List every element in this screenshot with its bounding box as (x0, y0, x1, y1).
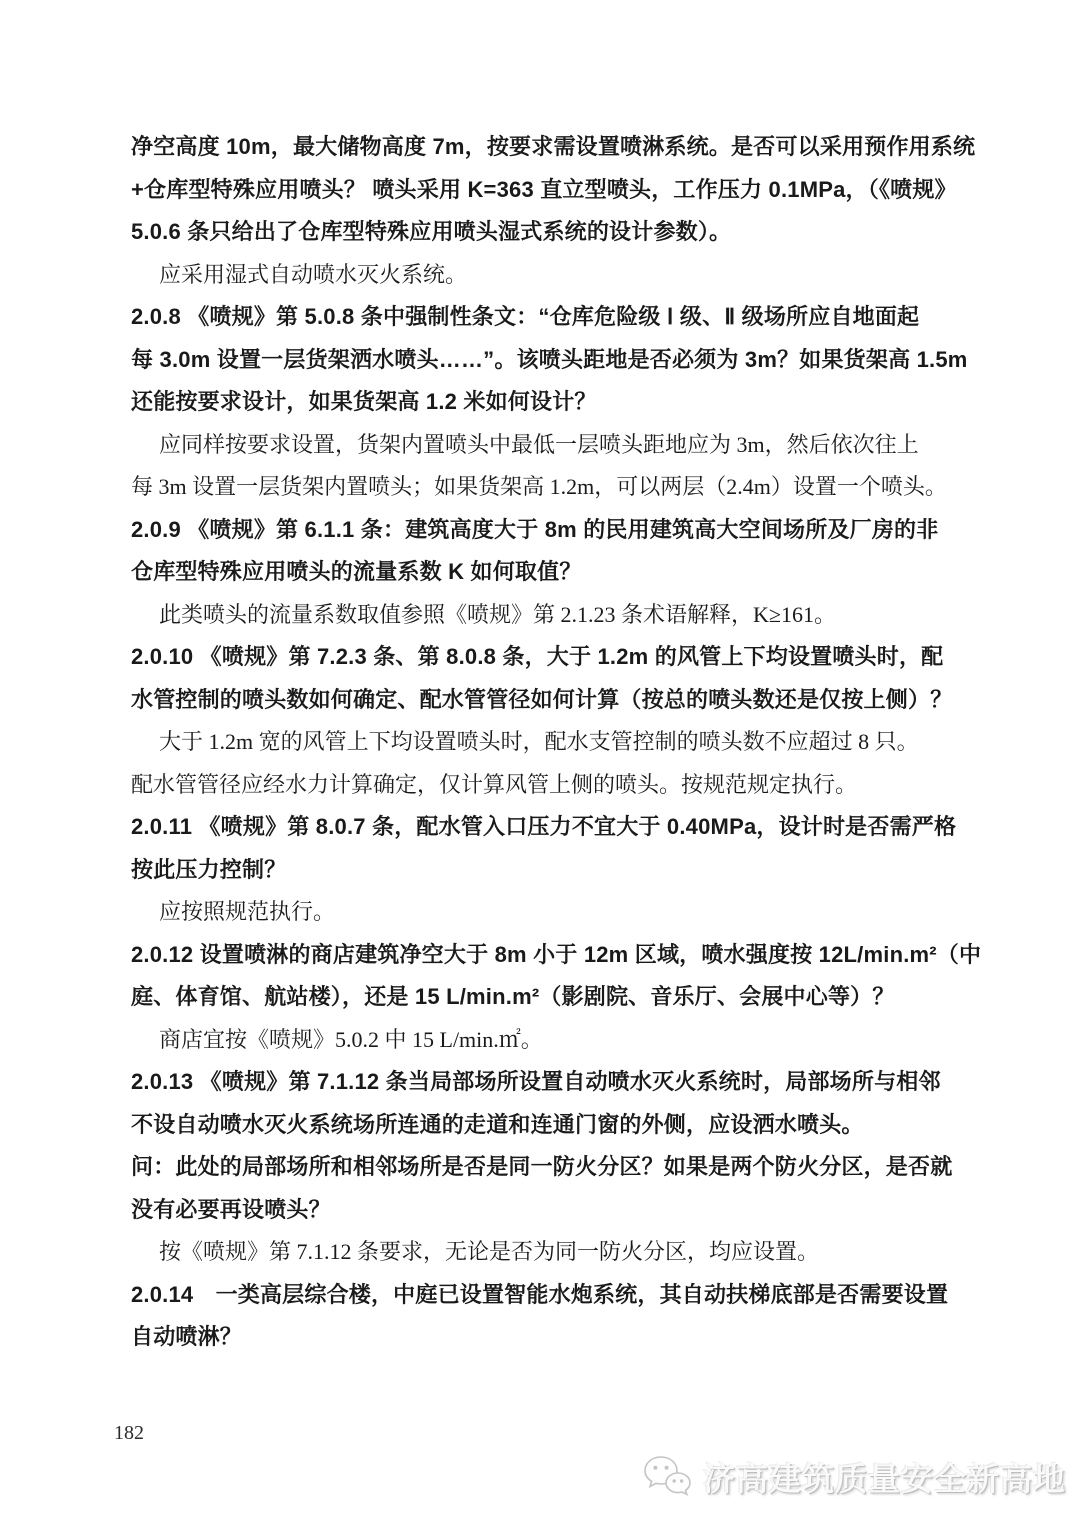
question-line: 2.0.13 《喷规》第 7.1.12 条当局部场所设置自动喷水灭火系统时，局部… (131, 1061, 953, 1104)
question-line: 没有必要再设喷头？ (131, 1189, 953, 1232)
question-line: 还能按要求设计，如果货架高 1.2 米如何设计？ (131, 381, 953, 424)
answer-line: 商店宜按《喷规》5.0.2 中 15 L/min.㎡。 (131, 1019, 953, 1062)
document-page: 净空高度 10m，最大储物高度 7m，按要求需设置喷淋系统。是否可以采用预作用系… (0, 0, 1080, 1527)
question-line: 净空高度 10m，最大储物高度 7m，按要求需设置喷淋系统。是否可以采用预作用系… (131, 126, 953, 169)
page-number: 182 (114, 1422, 144, 1445)
answer-line: 配水管管径应经水力计算确定，仅计算风管上侧的喷头。按规范规定执行。 (131, 764, 953, 807)
question-line: +仓库型特殊应用喷头？ 喷头采用 K=363 直立型喷头，工作压力 0.1MPa… (131, 169, 953, 212)
question-line: 2.0.8 《喷规》第 5.0.8 条中强制性条文：“仓库危险级 Ⅰ 级、Ⅱ 级… (131, 296, 953, 339)
question-line: 不设自动喷水灭火系统场所连通的走道和连通门窗的外侧，应设洒水喷头。 (131, 1104, 953, 1147)
wechat-icon (642, 1452, 694, 1502)
answer-line: 应同样按要求设置，货架内置喷头中最低一层喷头距地应为 3m，然后依次往上 (131, 424, 953, 467)
answer-line: 应采用湿式自动喷水灭火系统。 (131, 254, 953, 297)
answer-line: 每 3m 设置一层货架内置喷头；如果货架高 1.2m，可以两层（2.4m）设置一… (131, 466, 953, 509)
question-line: 庭、体育馆、航站楼），还是 15 L/min.m²（影剧院、音乐厅、会展中心等）… (131, 976, 953, 1019)
question-line: 按此压力控制？ (131, 849, 953, 892)
question-line: 水管控制的喷头数如何确定、配水管管径如何计算（按总的喷头数还是仅按上侧）？ (131, 679, 953, 722)
question-line: 2.0.10 《喷规》第 7.2.3 条、第 8.0.8 条，大于 1.2m 的… (131, 636, 953, 679)
question-line: 仓库型特殊应用喷头的流量系数 K 如何取值？ (131, 551, 953, 594)
question-line: 2.0.11 《喷规》第 8.0.7 条，配水管入口压力不宜大于 0.40MPa… (131, 806, 953, 849)
question-line: 2.0.14 一类高层综合楼，中庭已设置智能水炮系统，其自动扶梯底部是否需要设置 (131, 1274, 953, 1317)
question-line: 5.0.6 条只给出了仓库型特殊应用喷头湿式系统的设计参数）。 (131, 211, 953, 254)
question-line: 自动喷淋？ (131, 1316, 953, 1359)
answer-line: 应按照规范执行。 (131, 891, 953, 934)
question-line: 2.0.12 设置喷淋的商店建筑净空大于 8m 小于 12m 区域，喷水强度按 … (131, 934, 953, 977)
watermark-text: 济高建筑质量安全新高地 (703, 1454, 1066, 1500)
answer-line: 此类喷头的流量系数取值参照《喷规》第 2.1.23 条术语解释，K≥161。 (131, 594, 953, 637)
document-text-block: 净空高度 10m，最大储物高度 7m，按要求需设置喷淋系统。是否可以采用预作用系… (131, 126, 953, 1359)
answer-line: 大于 1.2m 宽的风管上下均设置喷头时，配水支管控制的喷头数不应超过 8 只。 (131, 721, 953, 764)
question-line: 每 3.0m 设置一层货架洒水喷头……”。该喷头距地是否必须为 3m？如果货架高… (131, 339, 953, 382)
watermark: 济高建筑质量安全新高地 (642, 1452, 1066, 1502)
question-line: 2.0.9 《喷规》第 6.1.1 条：建筑高度大于 8m 的民用建筑高大空间场… (131, 509, 953, 552)
question-line: 问：此处的局部场所和相邻场所是否是同一防火分区？如果是两个防火分区，是否就 (131, 1146, 953, 1189)
answer-line: 按《喷规》第 7.1.12 条要求，无论是否为同一防火分区，均应设置。 (131, 1231, 953, 1274)
